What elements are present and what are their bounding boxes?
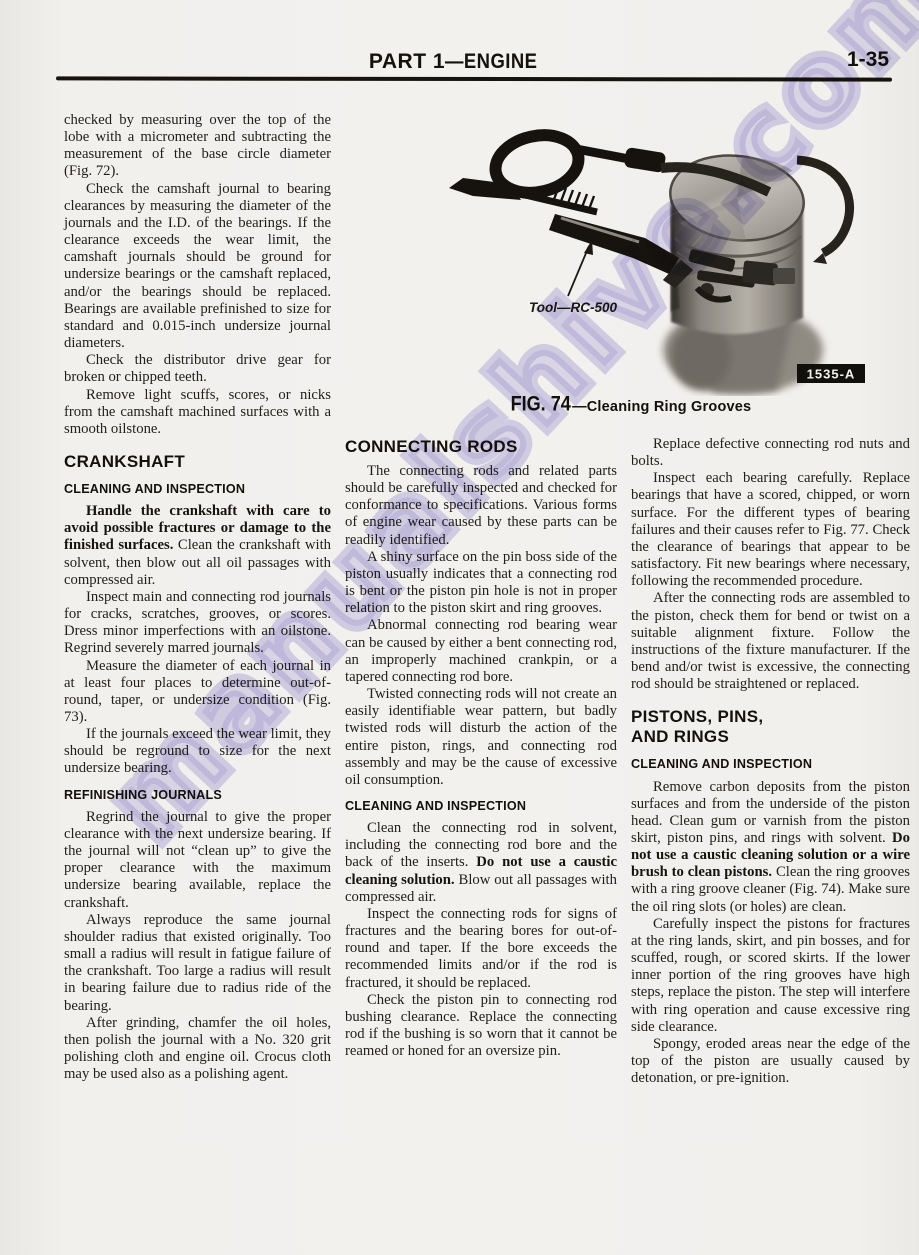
section-heading: PISTONS, PINS, AND RINGS — [631, 707, 910, 747]
paragraph: Check the camshaft journal to bearing cl… — [64, 181, 331, 353]
paragraph: Regrind the journal to give the proper c… — [64, 809, 331, 912]
paragraph: Check the piston pin to connecting rod b… — [345, 992, 617, 1061]
subsection-heading: CLEANING AND INSPECTION — [631, 756, 910, 773]
column-right: Replace defective connecting rod nuts an… — [631, 436, 910, 1087]
paragraph: Clean the connecting rod in solvent, inc… — [345, 820, 617, 906]
paragraph: Spongy, eroded areas near the edge of th… — [631, 1036, 910, 1087]
paragraph: Abnormal connecting rod bearing wear can… — [345, 617, 617, 686]
figure-caption-number: FIG. 74 — [510, 392, 570, 417]
subsection-heading: CLEANING AND INSPECTION — [345, 798, 617, 815]
paragraph: Inspect main and connecting rod journals… — [64, 589, 331, 658]
paragraph: Carefully inspect the pistons for fractu… — [631, 916, 910, 1036]
paragraph: Inspect each bearing carefully. Replace … — [631, 470, 910, 590]
paragraph: After grinding, chamfer the oil holes, t… — [64, 1015, 331, 1084]
figure-caption-title: —Cleaning Ring Grooves — [572, 399, 751, 415]
paragraph: Check the distributor drive gear for bro… — [64, 352, 331, 386]
figure-caption: FIG. 74—Cleaning Ring Grooves — [345, 395, 915, 417]
section-heading: CRANKSHAFT — [64, 452, 331, 472]
column-middle: CONNECTING RODSThe connecting rods and r… — [345, 436, 617, 1060]
paragraph: Twisted connecting rods will not create … — [345, 686, 617, 789]
section-heading: CONNECTING RODS — [345, 437, 617, 457]
paragraph: checked by measuring over the top of the… — [64, 112, 331, 181]
column-left: checked by measuring over the top of the… — [64, 112, 331, 1083]
manual-page: PART 1—ENGINE 1-35 checked by measuring … — [0, 0, 919, 1255]
page-number: 1-35 — [847, 48, 889, 72]
figure-id: 1535-A — [807, 367, 856, 382]
figure-74: Tool—RC-500 1535-A FIG. 74—Cleaning Ring… — [345, 112, 915, 420]
figure-id-plate: 1535-A — [797, 364, 865, 383]
paragraph: Always reproduce the same journal should… — [64, 912, 331, 1015]
subsection-heading: REFINISHING JOURNALS — [64, 787, 331, 804]
tool-callout: Tool—RC-500 — [529, 240, 617, 315]
paragraph: Measure the diameter of each journal in … — [64, 658, 331, 727]
paragraph: Remove light scuffs, scores, or nicks fr… — [64, 387, 331, 438]
subsection-heading: CLEANING AND INSPECTION — [64, 481, 331, 498]
page-title: PART 1—ENGINE — [0, 50, 919, 74]
paragraph: After the connecting rods are assembled … — [631, 590, 910, 693]
piston-tool-illustration: Tool—RC-500 1535-A — [345, 112, 915, 396]
header-rule — [56, 76, 892, 81]
tool-label: Tool—RC-500 — [529, 300, 617, 315]
paragraph: If the journals exceed the wear limit, t… — [64, 726, 331, 777]
part-label: PART 1 — [369, 50, 445, 73]
paragraph: Remove carbon deposits from the piston s… — [631, 779, 910, 916]
paragraph: A shiny surface on the pin boss side of … — [345, 549, 617, 618]
paragraph: Replace defective connecting rod nuts an… — [631, 436, 910, 470]
paragraph: Handle the crankshaft with care to avoid… — [64, 503, 331, 589]
paragraph: Inspect the connecting rods for signs of… — [345, 906, 617, 992]
paragraph: The connecting rods and related parts sh… — [345, 463, 617, 549]
part-suffix: —ENGINE — [445, 50, 537, 74]
